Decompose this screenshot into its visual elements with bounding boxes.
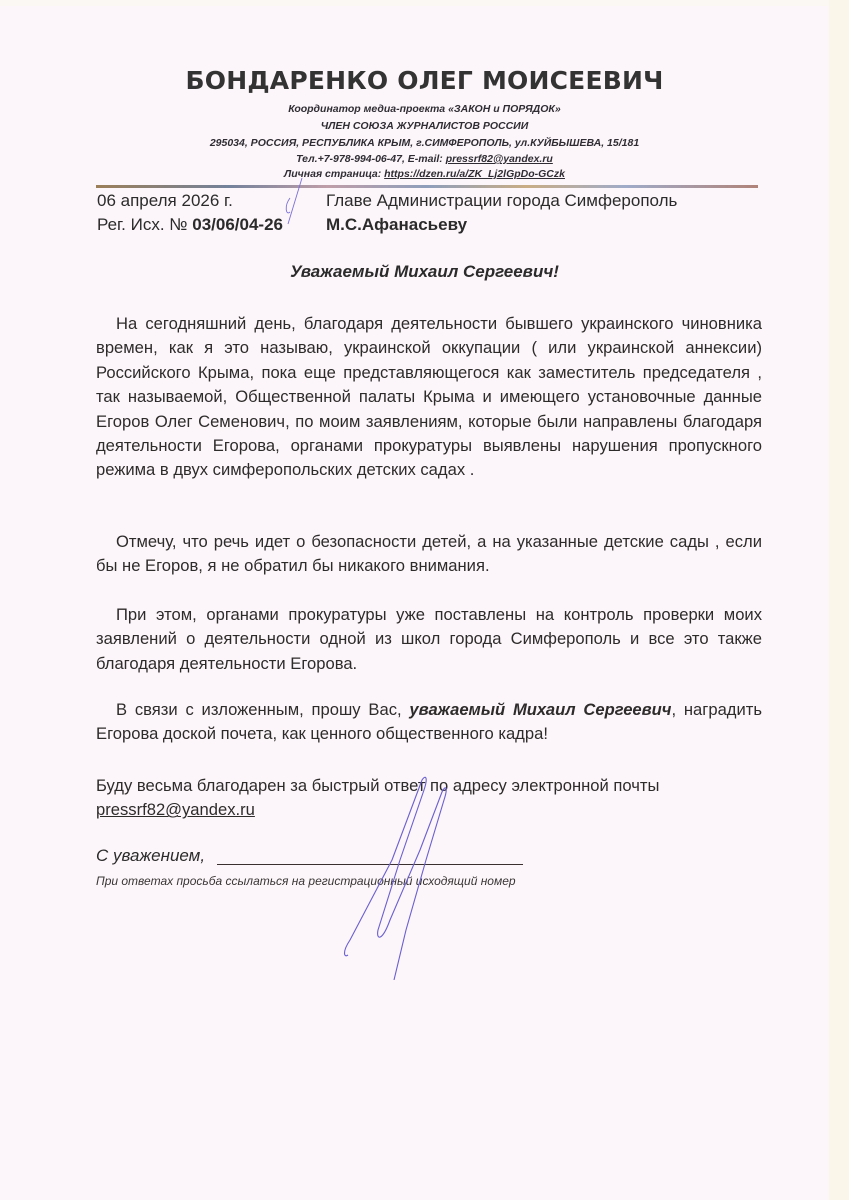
scan-edge [829, 0, 849, 1200]
phone-text: Тел.+7-978-994-06-47, E-mail: [296, 153, 446, 165]
letterhead-page: Личная страница: https://dzen.ru/a/ZK_Lj… [0, 168, 849, 180]
letterhead-membership: ЧЛЕН СОЮЗА ЖУРНАЛИСТОВ РОССИИ [0, 120, 849, 132]
body-paragraph-1: На сегодняшний день, благодаря деятельно… [96, 312, 762, 483]
pen-stroke-icon [280, 176, 320, 226]
letterhead-address: 295034, РОССИЯ, РЕСПУБЛИКА КРЫМ, г.СИМФЕ… [0, 137, 849, 149]
reg-number: 03/06/04-26 [192, 215, 283, 234]
letterhead-title: Координатор медиа-проекта «ЗАКОН и ПОРЯД… [0, 103, 849, 115]
body-paragraph-3: При этом, органами прокуратуры уже поста… [96, 603, 762, 676]
body-paragraph-4: В связи с изложенным, прошу Вас, уважаем… [96, 698, 762, 747]
closing-text: С уважением, [96, 846, 205, 866]
registration-number: Рег. Исх. № 03/06/04-26 [97, 215, 283, 235]
recipient-name: М.С.Афанасьеву [326, 215, 467, 235]
signature-icon [330, 770, 470, 980]
reg-prefix: Рег. Исх. № [97, 215, 192, 234]
recipient-position: Главе Администрации города Симферополь [326, 191, 677, 211]
p4-emphasis: уважаемый Михаил Сергеевич [409, 700, 671, 719]
letterhead-page-link[interactable]: https://dzen.ru/a/ZK_Lj2lGpDo-GCzk [384, 168, 565, 180]
letterhead-email-link[interactable]: pressrf82@yandex.ru [446, 153, 553, 165]
body-paragraph-2: Отмечу, что речь идет о безопасности дет… [96, 530, 762, 579]
letter-date: 06 апреля 2026 г. [97, 191, 233, 211]
reply-email-link[interactable]: pressrf82@yandex.ru [96, 800, 255, 819]
letterhead-name: БОНДАРЕНКО ОЛЕГ МОИСЕЕВИЧ [0, 66, 849, 95]
p4-start: В связи с изложенным, прошу Вас, [116, 700, 409, 719]
letterhead-divider [96, 185, 758, 188]
letterhead-contacts: Тел.+7-978-994-06-47, E-mail: pressrf82@… [0, 153, 849, 165]
greeting: Уважаемый Михаил Сергеевич! [0, 262, 849, 282]
